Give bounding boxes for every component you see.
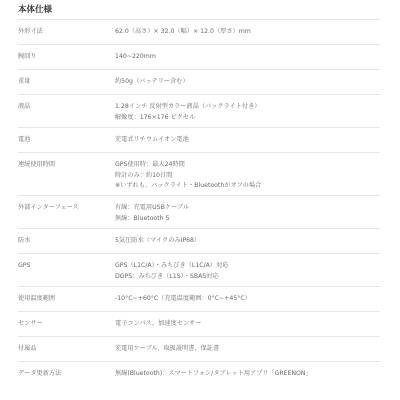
section-title: 本体仕様 (18, 0, 380, 20)
spec-value-line: DGPS：みちびき（L1S）・SBAS対応 (115, 272, 380, 283)
spec-row: 防水5気圧防水（マイクのみIP68） (18, 229, 380, 254)
spec-row: 重量約50g（バッテリー含む） (18, 70, 380, 95)
spec-value-line: 有線：充電用USBケーブル (115, 203, 380, 214)
spec-value-line: 無線：Bluetooth 5 (115, 214, 380, 225)
spec-row: 連続使用時間GPS使用時：最大24時間時計のみ：約10日間※いずれも、バックライ… (18, 153, 380, 196)
spec-value: 約50g（バッテリー含む） (115, 77, 380, 87)
spec-label: GPS (18, 261, 115, 279)
spec-value-line: 充電式リチウムイオン電池 (115, 135, 380, 146)
spec-value: 62.0（高さ）× 32.0（幅）× 12.0（厚さ）mm (115, 27, 380, 37)
spec-label: 防水 (18, 236, 115, 246)
spec-row: データ更新方法無線(Bluetooth)：スマートフォン/タブレット用アプリ「G… (18, 362, 380, 387)
spec-row: 腕回り140~220mm (18, 45, 380, 70)
spec-label: 連続使用時間 (18, 160, 115, 188)
spec-row: 電池充電式リチウムイオン電池 (18, 128, 380, 153)
spec-value: 充電式リチウムイオン電池 (115, 135, 380, 145)
spec-value: 充電用ケーブル、取扱説明書、保証書 (115, 344, 380, 354)
spec-value-line: 無線(Bluetooth)：スマートフォン/タブレット用アプリ「GREENON」 (115, 369, 380, 380)
spec-row: 外形寸法62.0（高さ）× 32.0（幅）× 12.0（厚さ）mm (18, 20, 380, 45)
spec-value-line: 電子コンパス、加速度センサー (115, 319, 380, 330)
spec-value: 1.28インチ 反射型カラー液晶（バックライト付き）解像度：176×176 ピク… (115, 102, 380, 120)
spec-label: 腕回り (18, 52, 115, 62)
spec-label: 外形寸法 (18, 27, 115, 37)
spec-value-line: 62.0（高さ）× 32.0（幅）× 12.0（厚さ）mm (115, 27, 380, 38)
spec-value: 電子コンパス、加速度センサー (115, 319, 380, 329)
spec-value: 140~220mm (115, 52, 380, 62)
spec-value: GPS使用時：最大24時間時計のみ：約10日間※いずれも、バックライト・Blue… (115, 160, 380, 188)
spec-label: 電池 (18, 135, 115, 145)
spec-row: 外部インターフェース有線：充電用USBケーブル無線：Bluetooth 5 (18, 196, 380, 229)
spec-section: 本体仕様 外形寸法62.0（高さ）× 32.0（幅）× 12.0（厚さ）mm腕回… (18, 0, 380, 387)
spec-row: センサー電子コンパス、加速度センサー (18, 312, 380, 337)
spec-label: 使用温度範囲 (18, 294, 115, 304)
spec-row: 使用温度範囲-10°C~+60°C（充電温度範囲：0°C~+45°C） (18, 287, 380, 312)
spec-value-line: 1.28インチ 反射型カラー液晶（バックライト付き） (115, 102, 380, 113)
spec-value-line: 解像度：176×176 ピクセル (115, 113, 380, 124)
spec-label: 付属品 (18, 344, 115, 354)
spec-value-line: GPS（L1C/A）・みちびき（L1C/A）対応 (115, 261, 380, 272)
spec-value-line: 充電用ケーブル、取扱説明書、保証書 (115, 344, 380, 355)
spec-value-line: 5気圧防水（マイクのみIP68） (115, 236, 380, 247)
spec-value-line: ※いずれも、バックライト・Bluetoothがオフの場合 (115, 181, 380, 192)
spec-row: GPSGPS（L1C/A）・みちびき（L1C/A）対応DGPS：みちびき（L1S… (18, 254, 380, 287)
spec-value-line: 140~220mm (115, 52, 380, 63)
spec-value: 5気圧防水（マイクのみIP68） (115, 236, 380, 246)
spec-row: 液晶1.28インチ 反射型カラー液晶（バックライト付き）解像度：176×176 … (18, 95, 380, 128)
spec-label: センサー (18, 319, 115, 329)
spec-value-line: -10°C~+60°C（充電温度範囲：0°C~+45°C） (115, 294, 380, 305)
spec-value: GPS（L1C/A）・みちびき（L1C/A）対応DGPS：みちびき（L1S）・S… (115, 261, 380, 279)
spec-value: 無線(Bluetooth)：スマートフォン/タブレット用アプリ「GREENON」 (115, 369, 380, 380)
spec-label: 液晶 (18, 102, 115, 120)
spec-table: 外形寸法62.0（高さ）× 32.0（幅）× 12.0（厚さ）mm腕回り140~… (18, 20, 380, 387)
spec-value-line: 時計のみ：約10日間 (115, 171, 380, 182)
spec-label: 外部インターフェース (18, 203, 115, 221)
spec-value-line: GPS使用時：最大24時間 (115, 160, 380, 171)
spec-label: 重量 (18, 77, 115, 87)
spec-value-line: 約50g（バッテリー含む） (115, 77, 380, 88)
spec-label: データ更新方法 (18, 369, 115, 380)
spec-row: 付属品充電用ケーブル、取扱説明書、保証書 (18, 337, 380, 362)
spec-value: 有線：充電用USBケーブル無線：Bluetooth 5 (115, 203, 380, 221)
spec-value: -10°C~+60°C（充電温度範囲：0°C~+45°C） (115, 294, 380, 304)
